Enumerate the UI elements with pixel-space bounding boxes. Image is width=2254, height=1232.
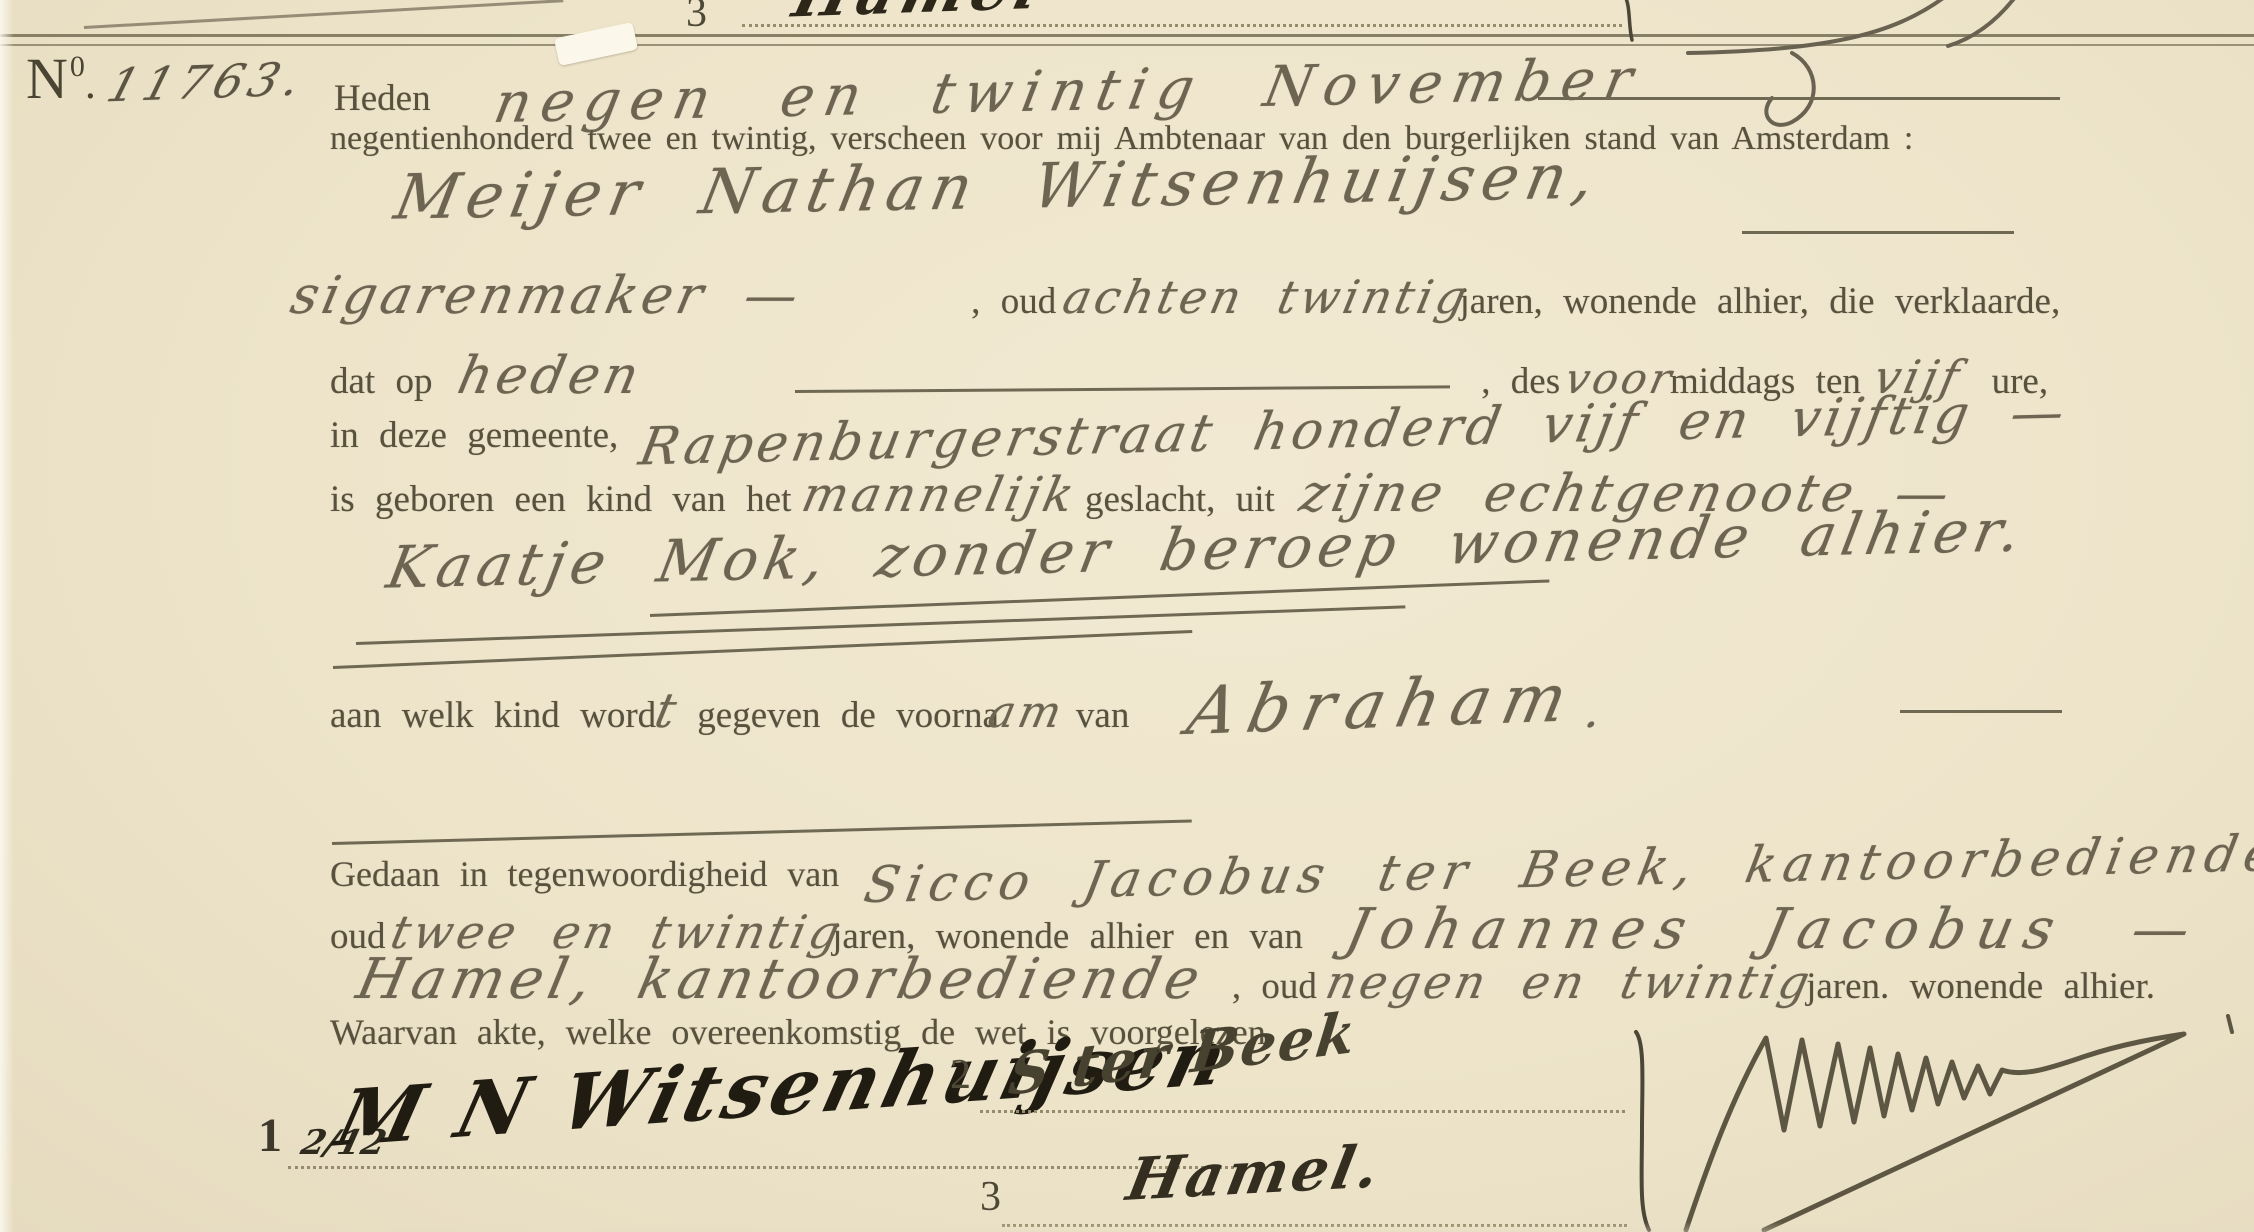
witness2-signature: Hamel. xyxy=(1122,1137,1387,1209)
record-number-period: . xyxy=(85,62,96,106)
declarant-details-line: sigarenmaker — , oud achten twintig jare… xyxy=(292,270,2060,322)
child-name-period: . xyxy=(1581,687,1610,735)
voornaam-text2: gegeven de voorna xyxy=(697,697,999,734)
previous-witness-number: 3 xyxy=(686,0,707,34)
gemeente-label: in deze gemeente, xyxy=(330,417,618,454)
fill-rule xyxy=(1538,97,2060,100)
handwritten-t: t xyxy=(651,687,684,735)
signature-number-1: 1 xyxy=(258,1112,282,1160)
gedaan-label: Gedaan in tegenwoordigheid van xyxy=(330,856,839,892)
record-number-label: N xyxy=(26,50,68,108)
witness2-line: Hamel, kantoorbediende , oud negen en tw… xyxy=(358,952,2155,1008)
child-name-line: aan welk kind word t gegeven de voorna a… xyxy=(330,672,1605,738)
scan-artifact-notch xyxy=(554,22,638,66)
fill-rule xyxy=(1900,710,2062,713)
oud-label3: , oud xyxy=(1232,968,1317,1005)
record-number-superscript: 0 xyxy=(70,52,85,82)
handwritten-am: am xyxy=(984,691,1068,735)
declarant-details-text: jaren, wonende alhier, die verklaarde, xyxy=(1460,283,2061,320)
registrar-signature xyxy=(1672,1012,2252,1232)
geslacht-text: geslacht, uit xyxy=(1085,481,1275,518)
oud-label: , oud xyxy=(971,283,1056,320)
stray-pen-stroke xyxy=(84,0,563,29)
signature-dotted-line-3 xyxy=(1002,1224,1627,1227)
declarant-age: achten twintig xyxy=(1059,274,1474,320)
record-number: N0. 11763. xyxy=(26,50,304,108)
signature-brace xyxy=(1628,1030,1658,1232)
witness1-line: Gedaan in tegenwoordigheid van Sicco Jac… xyxy=(330,844,2254,894)
previous-witness-signature: Hamel xyxy=(788,0,1053,27)
record-number-value: 11763. xyxy=(102,56,311,109)
previous-signature-dotted-line xyxy=(742,24,1622,27)
geboren-text: is geboren een kind van het xyxy=(330,481,791,518)
date-line: Heden negen en twintig November xyxy=(334,64,1641,120)
heden-label: Heden xyxy=(334,80,431,117)
mother-name-line: Kaatje Mok, zonder beroep wonende alhier… xyxy=(388,520,2026,578)
witness2-name: Hamel, kantoorbediende xyxy=(352,952,1210,1008)
van-label: van xyxy=(1076,697,1129,734)
signature-dotted-line-1 xyxy=(288,1166,1240,1169)
birth-address-line: in deze gemeente, Rapenburgerstraat hond… xyxy=(330,404,2068,456)
voornaam-text1: aan welk kind word xyxy=(330,697,656,734)
birth-day: heden xyxy=(453,350,647,402)
signature-dotted-line-2 xyxy=(980,1110,1625,1113)
child-name: Abraham xyxy=(1182,665,1584,745)
witness2-age: negen en twintig xyxy=(1322,959,1817,1005)
birth-certificate-scan: 3 Hamel N0. 11763. Heden negen en twinti… xyxy=(0,0,2254,1232)
dat-op-label: dat op xyxy=(330,363,433,400)
witness2-suffix: jaren. wonende alhier. xyxy=(1806,968,2155,1005)
signature-number-2: 2 xyxy=(950,1054,971,1096)
declarant-occupation: sigarenmaker — xyxy=(286,270,806,322)
declarant-name: Meijer Nathan Witsenhuijsen, xyxy=(390,145,1607,228)
declarant-name-line: Meijer Nathan Witsenhuijsen, xyxy=(396,156,1601,218)
section-rule xyxy=(332,819,1192,845)
strike-through-rule xyxy=(356,605,1405,645)
fill-rule xyxy=(1742,231,2014,234)
signature-number-3: 3 xyxy=(980,1176,1001,1218)
witness2-firstnames: Johannes Jacobus — xyxy=(1341,902,2206,958)
child-gender: mannelijk xyxy=(798,471,1082,519)
strike-through-rule xyxy=(333,630,1192,669)
